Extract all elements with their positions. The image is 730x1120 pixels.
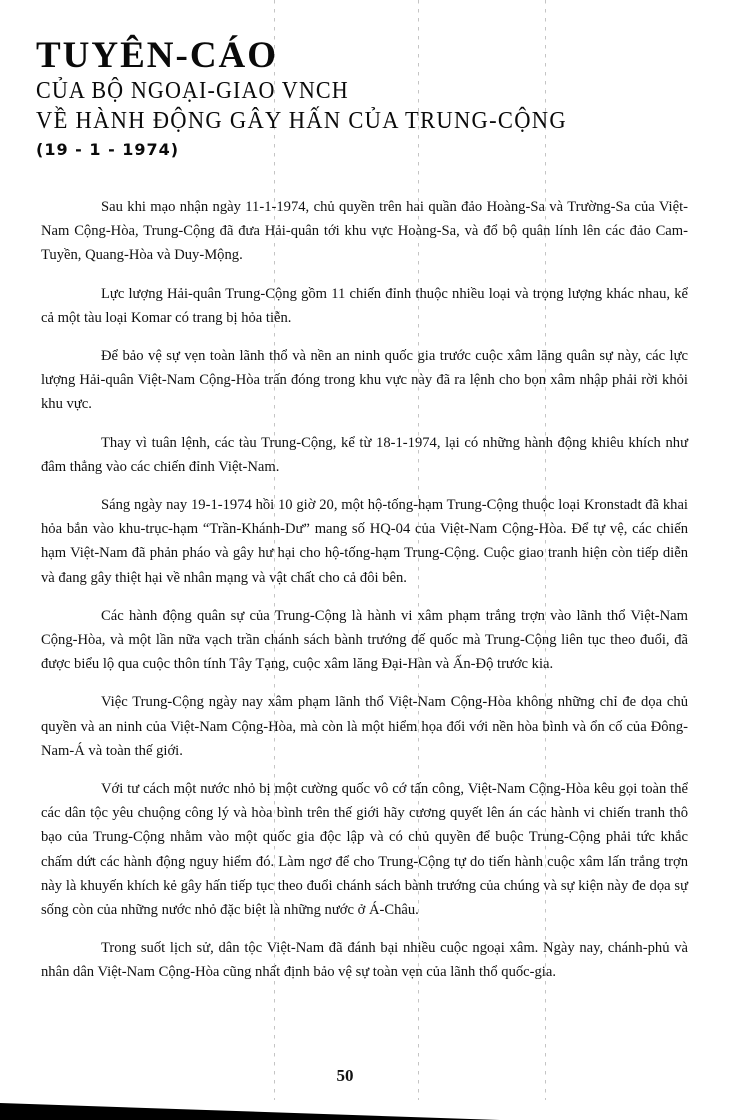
page-number: 50 (330, 1066, 360, 1086)
document-title: TUYÊN-CÁO (36, 36, 696, 76)
paragraph: Các hành động quân sự của Trung-Cộng là … (41, 604, 688, 677)
paragraph: Với tư cách một nước nhỏ bị một cường qu… (41, 777, 688, 922)
scanned-page: TUYÊN-CÁO CỦA BỘ NGOẠI-GIAO VNCH VỀ HÀNH… (0, 0, 730, 1120)
document-date: (19 - 1 - 1974) (36, 138, 696, 162)
document-header: TUYÊN-CÁO CỦA BỘ NGOẠI-GIAO VNCH VỀ HÀNH… (36, 36, 696, 162)
document-body: Sau khi mạo nhận ngày 11-1-1974, chủ quy… (41, 195, 688, 999)
paragraph: Sáng ngày nay 19-1-1974 hồi 10 giờ 20, m… (41, 493, 688, 590)
paragraph: Sau khi mạo nhận ngày 11-1-1974, chủ quy… (41, 195, 688, 268)
paragraph: Trong suốt lịch sử, dân tộc Việt-Nam đã … (41, 936, 688, 984)
paragraph: Để bảo vệ sự vẹn toàn lãnh thổ và nền an… (41, 344, 688, 417)
paragraph: Lực lượng Hải-quân Trung-Cộng gồm 11 chi… (41, 282, 688, 330)
paragraph: Thay vì tuân lệnh, các tàu Trung-Cộng, k… (41, 431, 688, 479)
document-subtitle-topic: VỀ HÀNH ĐỘNG GÂY HẤN CỦA TRUNG-CỘNG (36, 106, 643, 136)
document-subtitle-issuer: CỦA BỘ NGOẠI-GIAO VNCH (36, 76, 643, 106)
paragraph: Việc Trung-Cộng ngày nay xâm phạm lãnh t… (41, 690, 688, 763)
